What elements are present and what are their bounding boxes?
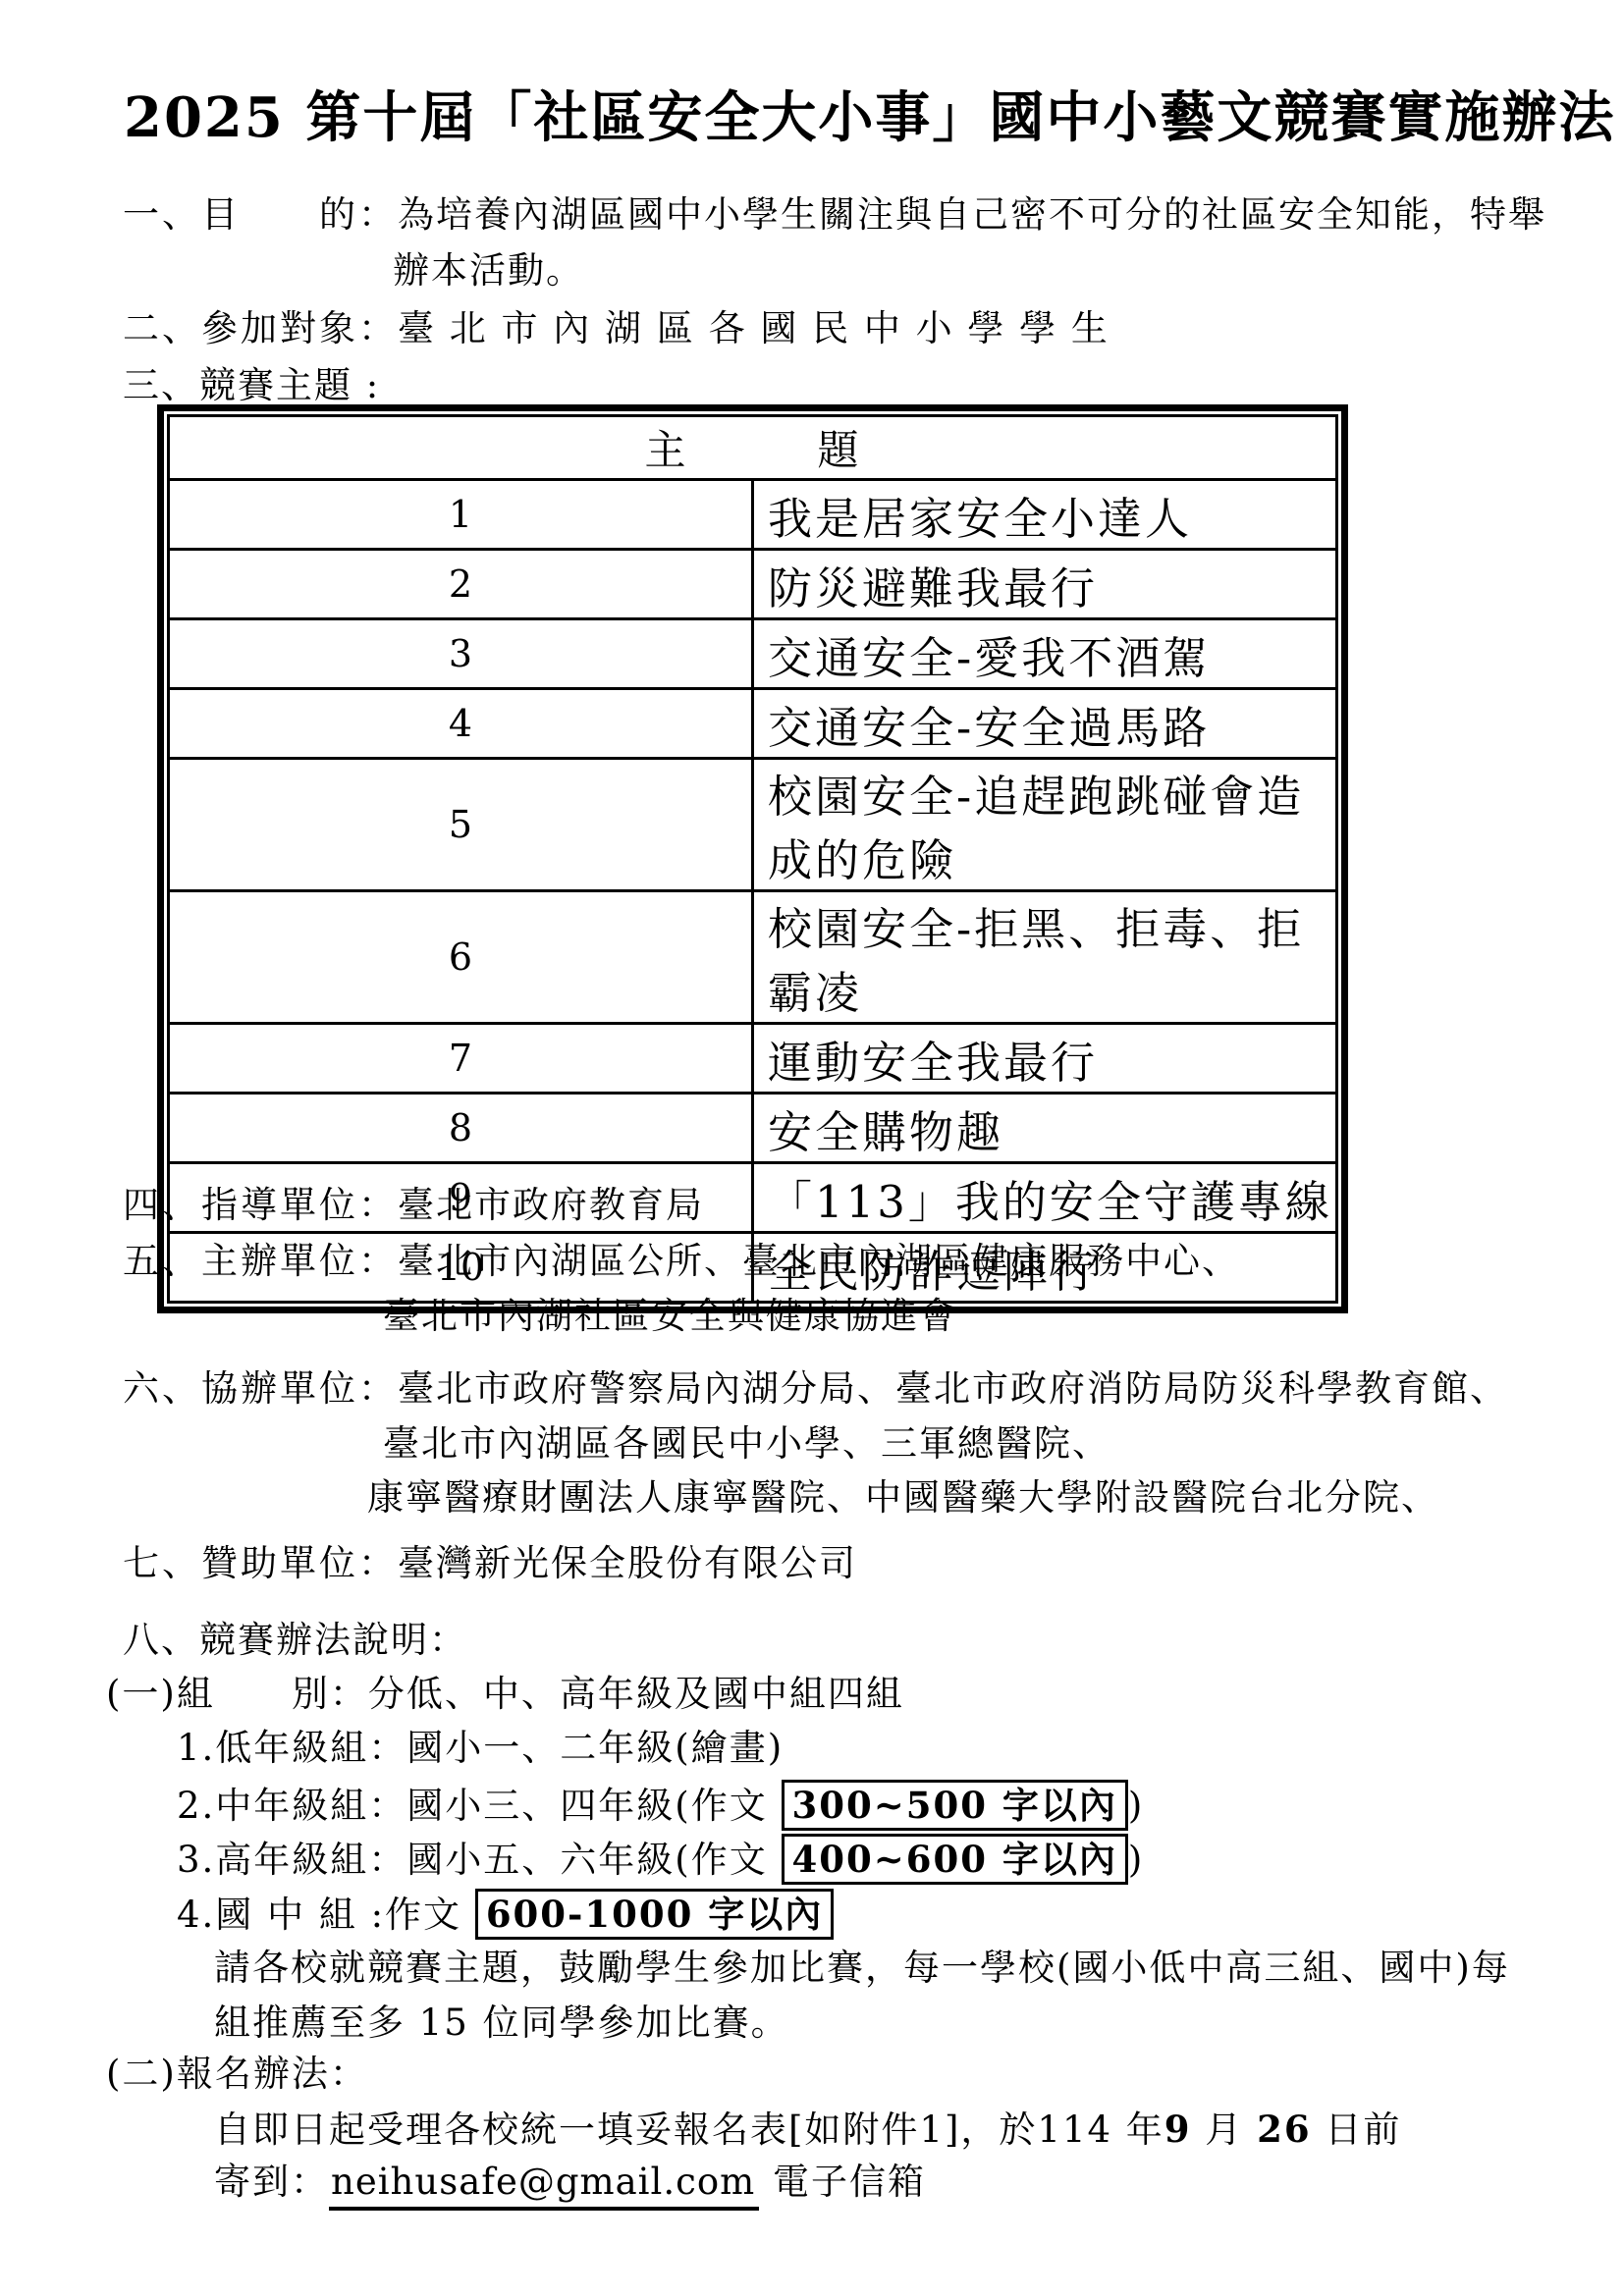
section-participants-label: 二、參加對象： bbox=[123, 307, 398, 349]
section-purpose: 一、目 的：為培養內湖區國中小學生關注與自己密不可分的社區安全知能，特舉 bbox=[123, 192, 1546, 238]
table-row: 4交通安全-安全過馬路 bbox=[169, 689, 1337, 759]
row-number: 3 bbox=[169, 619, 753, 689]
row-topic: 運動安全我最行 bbox=[753, 1024, 1337, 1094]
rules-group-heading: (一)組 別：分低、中、高年級及國中組四組 bbox=[106, 1672, 904, 1717]
deadline-month: 9 bbox=[1164, 2108, 1192, 2151]
section-sponsor-text: 臺灣新光保全股份有限公司 bbox=[398, 1542, 857, 1584]
rules-item-2-text: 2.中年級組：國小三、四年級(作文 bbox=[177, 1785, 782, 1827]
row-topic: 交通安全-愛我不酒駕 bbox=[753, 619, 1337, 689]
row-number: 5 bbox=[169, 759, 753, 891]
row-topic: 交通安全-安全過馬路 bbox=[753, 689, 1337, 759]
section-purpose-label: 一、目 的： bbox=[123, 193, 398, 236]
deadline-post: 日前 bbox=[1312, 2109, 1402, 2151]
signup-heading: (二)報名辦法： bbox=[106, 2052, 368, 2097]
row-number: 1 bbox=[169, 480, 753, 550]
section-organizer-label: 五、主辦單位： bbox=[123, 1240, 398, 1282]
table-row: 5校園安全-追趕跑跳碰會造成的危險 bbox=[169, 759, 1337, 891]
word-limit-box-middle: 300~500 字以內 bbox=[782, 1780, 1128, 1831]
section-organizer-text: 臺北市內湖區公所、臺北市內湖區健康服務中心、 bbox=[398, 1240, 1240, 1282]
section-participants: 二、參加對象：臺 北 市 內 湖 區 各 國 民 中 小 學 學 生 bbox=[123, 306, 1110, 351]
section-coorganizer-text: 臺北市政府警察局內湖分局、臺北市政府消防局防災科學教育館、 bbox=[398, 1367, 1508, 1410]
row-topic: 安全購物趣 bbox=[753, 1094, 1337, 1163]
table-header-row: 主 題 bbox=[169, 416, 1337, 480]
row-number: 8 bbox=[169, 1094, 753, 1163]
document-title: 2025 第十屆「社區安全大小事」國中小藝文競賽實施辦法 bbox=[124, 86, 1615, 149]
section-advisor: 四、指導單位：臺北市政府教育局 bbox=[123, 1183, 704, 1228]
rules-item-4: 4.國 中 組 :作文 600-1000 字以內 bbox=[177, 1889, 834, 1940]
section-organizer: 五、主辦單位：臺北市內湖區公所、臺北市內湖區健康服務中心、 bbox=[123, 1239, 1240, 1284]
document-page: 2025 第十屆「社區安全大小事」國中小藝文競賽實施辦法 一、目 的：為培養內湖… bbox=[0, 0, 1624, 2296]
rules-item-4-text: 4.國 中 組 :作文 bbox=[177, 1894, 475, 1936]
signup-email-post: 電子信箱 bbox=[759, 2161, 926, 2203]
rules-note-line1: 請各校就競賽主題，鼓勵學生參加比賽，每一學校(國小低中高三組、國中)每 bbox=[214, 1946, 1510, 1991]
word-limit-box-senior: 400~600 字以內 bbox=[782, 1834, 1128, 1885]
section-coorganizer-cont1: 臺北市內湖區各國民中小學、三軍總醫院、 bbox=[383, 1421, 1110, 1467]
section-advisor-label: 四、指導單位： bbox=[123, 1184, 398, 1226]
table-header-topic: 主 題 bbox=[169, 416, 1337, 480]
table-row: 1我是居家安全小達人 bbox=[169, 480, 1337, 550]
section-rules-label: 八、競賽辦法說明： bbox=[123, 1618, 467, 1663]
signup-email-line: 寄到：neihusafe@gmail.com 電子信箱 bbox=[214, 2160, 926, 2211]
signup-email-link[interactable]: neihusafe@gmail.com bbox=[329, 2160, 759, 2211]
section-purpose-cont: 辦本活動。 bbox=[393, 248, 584, 294]
word-limit-box-junior: 600-1000 字以內 bbox=[475, 1889, 834, 1940]
section-coorganizer-label: 六、協辦單位： bbox=[123, 1367, 398, 1410]
rules-note-line2: 組推薦至多 15 位同學參加比賽。 bbox=[214, 2001, 789, 2046]
section-advisor-text: 臺北市政府教育局 bbox=[398, 1184, 704, 1226]
table-row: 8安全購物趣 bbox=[169, 1094, 1337, 1163]
section-sponsor: 七、贊助單位：臺灣新光保全股份有限公司 bbox=[123, 1541, 857, 1586]
deadline-day: 26 bbox=[1257, 2108, 1312, 2151]
table-row: 2防災避難我最行 bbox=[169, 550, 1337, 619]
row-topic: 我是居家安全小達人 bbox=[753, 480, 1337, 550]
row-number: 2 bbox=[169, 550, 753, 619]
signup-email-pre: 寄到： bbox=[214, 2161, 329, 2203]
row-topic: 校園安全-拒黑、拒毒、拒霸凌 bbox=[753, 891, 1337, 1024]
row-number: 4 bbox=[169, 689, 753, 759]
rules-item-2-suffix: ) bbox=[1128, 1785, 1144, 1827]
table-row: 7運動安全我最行 bbox=[169, 1024, 1337, 1094]
rules-item-2: 2.中年級組：國小三、四年級(作文 300~500 字以內) bbox=[177, 1780, 1144, 1831]
section-coorganizer: 六、協辦單位：臺北市政府警察局內湖分局、臺北市政府消防局防災科學教育館、 bbox=[123, 1366, 1508, 1412]
row-topic: 校園安全-追趕跑跳碰會造成的危險 bbox=[753, 759, 1337, 891]
row-topic: 防災避難我最行 bbox=[753, 550, 1337, 619]
deadline-mid: 月 bbox=[1192, 2109, 1258, 2151]
topic-table-frame: 主 題 1我是居家安全小達人 2防災避難我最行 3交通安全-愛我不酒駕 4交通安… bbox=[157, 404, 1348, 1313]
topic-table: 主 題 1我是居家安全小達人 2防災避難我最行 3交通安全-愛我不酒駕 4交通安… bbox=[167, 414, 1338, 1304]
section-organizer-cont: 臺北市內湖社區安全與健康協進會 bbox=[383, 1294, 957, 1339]
rules-item-3-suffix: ) bbox=[1128, 1839, 1144, 1881]
section-participants-text: 臺 北 市 內 湖 區 各 國 民 中 小 學 學 生 bbox=[398, 307, 1110, 349]
table-row: 3交通安全-愛我不酒駕 bbox=[169, 619, 1337, 689]
section-topics-label: 三、競賽主題 : bbox=[123, 363, 380, 408]
signup-deadline-line: 自即日起受理各校統一填妥報名表[如附件1]，於114 年9 月 26 日前 bbox=[214, 2107, 1401, 2153]
signup-deadline-text: 自即日起受理各校統一填妥報名表[如附件1]，於114 年 bbox=[214, 2109, 1164, 2151]
table-row: 6校園安全-拒黑、拒毒、拒霸凌 bbox=[169, 891, 1337, 1024]
row-number: 6 bbox=[169, 891, 753, 1024]
rules-item-3: 3.高年級組：國小五、六年級(作文 400~600 字以內) bbox=[177, 1834, 1144, 1885]
row-number: 7 bbox=[169, 1024, 753, 1094]
section-coorganizer-cont2: 康寧醫療財團法人康寧醫院、中國醫藥大學附設醫院台北分院、 bbox=[367, 1475, 1439, 1521]
rules-item-3-text: 3.高年級組：國小五、六年級(作文 bbox=[177, 1839, 782, 1881]
section-sponsor-label: 七、贊助單位： bbox=[123, 1542, 398, 1584]
section-purpose-text: 為培養內湖區國中小學生關注與自己密不可分的社區安全知能，特舉 bbox=[398, 193, 1546, 236]
rules-item-1: 1.低年級組：國小一、二年級(繪畫) bbox=[177, 1726, 784, 1771]
row-topic: 「113」我的安全守護專線 bbox=[753, 1163, 1337, 1233]
